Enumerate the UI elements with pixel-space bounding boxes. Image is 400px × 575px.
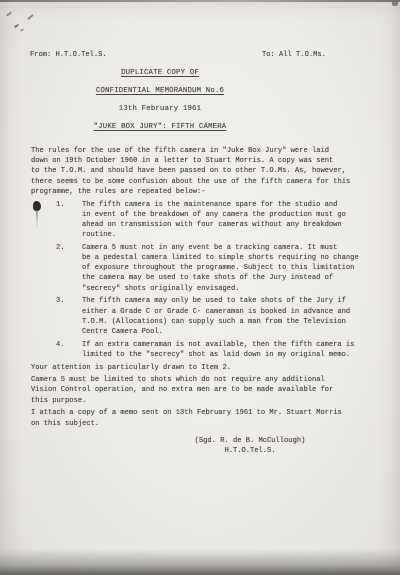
signature-name: (Sgd. R. de B. McCullough) [150, 436, 350, 446]
from-line: From: H.T.O.Tel.S. [30, 51, 107, 59]
rule-item-number: 2. [31, 243, 82, 294]
rule-item-number: 1. [31, 200, 82, 241]
signature-title: H.T.O.Tel.S. [150, 446, 350, 456]
pencil-mark [27, 14, 34, 20]
signature-block: (Sgd. R. de B. McCullough) H.T.O.Tel.S. [150, 436, 350, 457]
scan-corner-speck [392, 1, 398, 6]
scanned-memo-page: From: H.T.O.Tel.S. To: All T.O.Ms. DUPLI… [0, 0, 400, 575]
rule-item-text: If an extra cameraman is not available, … [82, 340, 367, 360]
scan-edge-bottom [0, 549, 400, 575]
rule-item-2: 2. Camera 5 must not in any event be a t… [31, 243, 367, 294]
rule-item-text: The fifth camera may only be used to tak… [82, 296, 367, 337]
rule-item-number: 4. [31, 340, 82, 360]
scan-edge-top [0, 0, 400, 2]
confidential-memorandum-heading: CONFIDENTIAL MEMORANDUM No.6 [0, 87, 320, 95]
memo-body: The rules for the use of the fifth camer… [31, 146, 367, 431]
attachment-paragraph: I attach a copy of a memo sent on 13th F… [31, 408, 367, 428]
rule-item-4: 4. If an extra cameraman is not availabl… [31, 340, 367, 360]
rule-item-number: 3. [31, 296, 82, 337]
to-line: To: All T.O.Ms. [262, 51, 326, 59]
pencil-mark [6, 11, 12, 16]
intro-paragraph: The rules for the use of the fifth camer… [31, 146, 367, 197]
camera5-limit-paragraph: Camera 5 must be limited to shots which … [31, 375, 367, 406]
attention-paragraph: Your attention is particularly drawn to … [31, 363, 367, 373]
rule-item-3: 3. The fifth camera may only be used to … [31, 296, 367, 337]
subject-heading: "JUKE BOX JURY": FIFTH CAMERA [0, 123, 320, 131]
duplicate-copy-heading: DUPLICATE COPY OF [0, 69, 320, 77]
rule-item-text: Camera 5 must not in any event be a trac… [82, 243, 367, 294]
rule-item-text: The fifth camera is the maintenance spar… [82, 200, 367, 241]
pencil-mark [14, 24, 19, 28]
pencil-mark [20, 28, 24, 31]
date-line: 13th February 1961 [0, 105, 320, 113]
rule-item-1: 1. The fifth camera is the maintenance s… [31, 200, 367, 241]
